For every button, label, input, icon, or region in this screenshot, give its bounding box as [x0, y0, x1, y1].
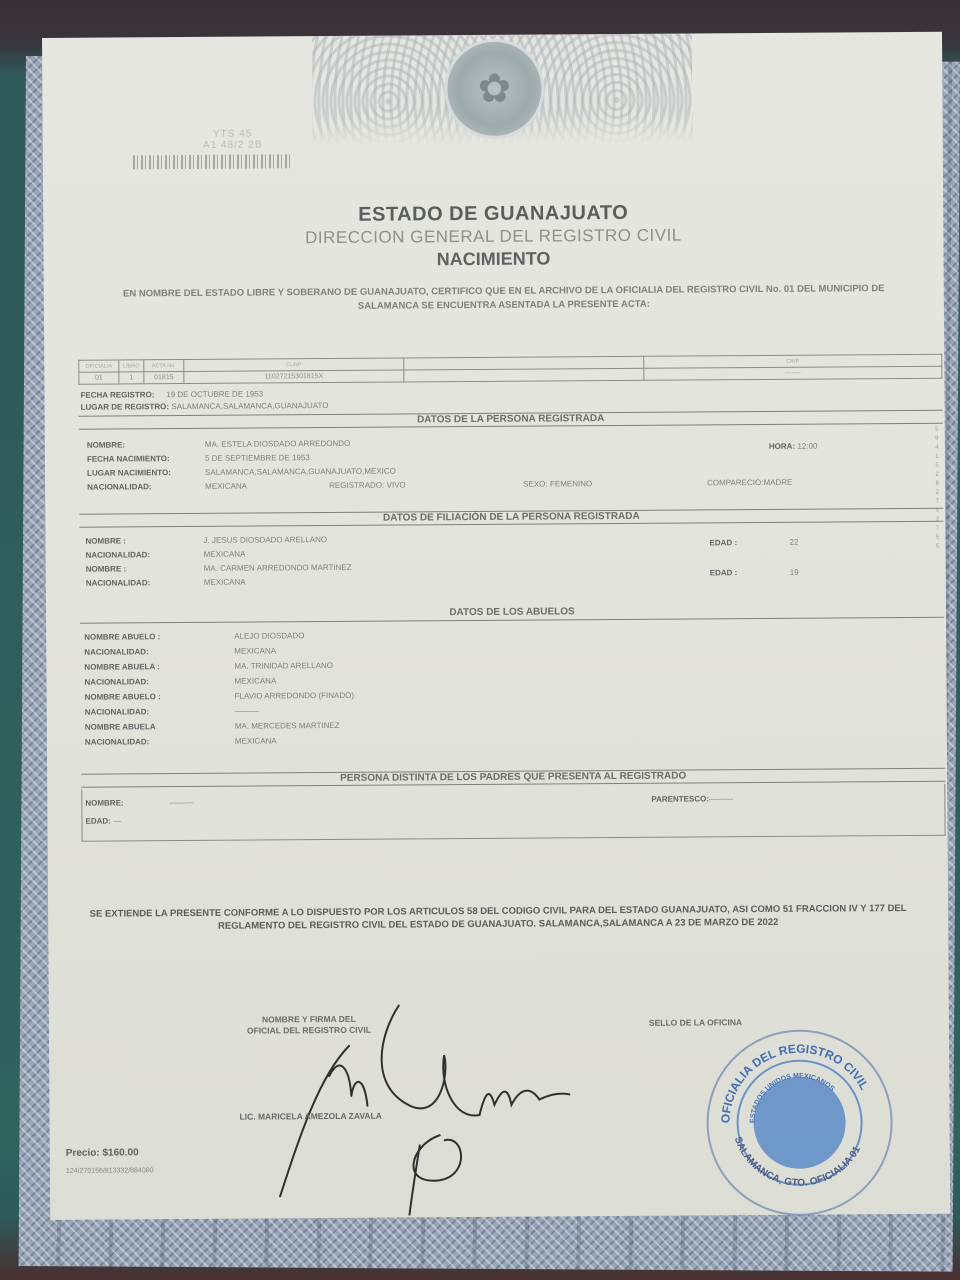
grandparent-value: ——— [235, 707, 259, 716]
side-number: 5 [933, 507, 941, 516]
value-crip: ------- [644, 366, 942, 380]
presenter-section: PERSONA DISTINTA DE LOS PADRES QUE PRESE… [81, 768, 945, 844]
parents-section: DATOS DE FILIACIÓN DE LA PERSONA REGISTR… [79, 508, 944, 602]
side-number: 5 [933, 426, 941, 435]
grandparents-section: DATOS DE LOS ABUELOS NOMBRE ABUELO :ALEJ… [80, 604, 945, 770]
folio-number: 124/270156/813332/884080 [66, 1167, 154, 1175]
father-nombre-label: NOMBRE : [85, 536, 203, 546]
nombre-label: NOMBRE: [87, 440, 205, 450]
birth-certificate: ✿ YTS 45 A1 48/2 2B ESTADO DE GUANAJUATO… [42, 32, 950, 1220]
nacionalidad-value: MEXICANA [205, 482, 247, 491]
side-control-numbers: 59415282752755 [933, 426, 942, 552]
father-nombre-value: J. JESUS DIOSDADO ARELLANO [203, 535, 327, 545]
person-section: DATOS DE LA PERSONA REGISTRADA NOMBRE:MA… [79, 410, 944, 504]
grandparent-row: NOMBRE ABUELA :MA. TRINIDAD ARELLANO [84, 660, 333, 672]
grandparent-label: NACIONALIDAD: [84, 647, 234, 657]
fecha-nacimiento-value: 5 DE SEPTIEMBRE DE 1953 [205, 453, 310, 463]
mother-nacionalidad-label: NACIONALIDAD: [86, 578, 204, 588]
side-number: 8 [933, 480, 941, 489]
fecha-registro-label: FECHA REGISTRO: [80, 390, 154, 400]
grandparent-value: FLAVIO ARREDONDO (FINADO) [235, 691, 354, 701]
hora-label: HORA: [769, 442, 795, 451]
grandparent-row: NACIONALIDAD:MEXICANA [85, 735, 277, 746]
value-blank [404, 368, 644, 382]
registration-info: FECHA REGISTRO: 19 DE OCTUBRE DE 1953 LU… [78, 384, 942, 390]
comparecio-label: COMPARECIO: [707, 478, 763, 487]
grandparent-label: NACIONALIDAD: [85, 737, 235, 747]
grandparent-row: NACIONALIDAD:MEXICANA [84, 645, 276, 656]
grandparent-value: MA. TRINIDAD ARELLANO [234, 661, 333, 671]
lugar-nacimiento-label: LUGAR NACIMIENTO: [87, 468, 205, 478]
nacionalidad-label: NACIONALIDAD: [87, 482, 205, 492]
mother-edad-value: 19 [790, 568, 799, 577]
coat-of-arms-icon: ✿ [444, 38, 545, 139]
registry-table: OFICIALIA LIBRO ACTA No. CURP CRIP 01 1 … [78, 354, 942, 385]
grandparent-label: NOMBRE ABUELO : [85, 692, 235, 702]
lugar-nacimiento-value: SALAMANCA,SALAMANCA,GUANAJUATO,MEXICO [205, 467, 396, 477]
intro-text: EN NOMBRE DEL ESTADO LIBRE Y SOBERANO DE… [94, 282, 914, 316]
reference-line: A1 48/2 2B [133, 139, 333, 151]
father-edad-label: EDAD : [710, 538, 790, 548]
registrado-value: VIVO [387, 480, 406, 489]
grandparent-row: NACIONALIDAD:MEXICANA [84, 675, 276, 686]
closing-text: SE EXTIENDE LA PRESENTE CONFORME A LO DI… [58, 902, 938, 934]
side-number: 7 [933, 498, 941, 507]
header-acta: ACTA No. [144, 360, 184, 372]
grandparent-label: NACIONALIDAD: [85, 707, 235, 717]
grandparent-value: MEXICANA [234, 676, 276, 685]
presenter-box [81, 784, 945, 842]
side-number: 5 [934, 543, 942, 552]
value-oficialia: 01 [79, 372, 119, 384]
comparecio-value: MADRE [763, 478, 792, 487]
side-number: 9 [933, 435, 941, 444]
nombre-value: MA. ESTELA DIOSDADO ARREDONDO [205, 439, 350, 449]
side-number: 1 [933, 453, 941, 462]
header-oficialia: OFICIALIA [79, 360, 119, 372]
grandparent-row: NOMBRE ABUELO :FLAVIO ARREDONDO (FINADO) [85, 690, 354, 702]
parents-section-title: DATOS DE FILIACIÓN DE LA PERSONA REGISTR… [79, 508, 943, 528]
mother-nacionalidad-value: MEXICANA [204, 578, 246, 587]
grandparent-value: MEXICANA [235, 736, 277, 745]
side-number: 4 [933, 444, 941, 453]
mother-edad-label: EDAD : [710, 568, 790, 578]
mother-nombre-label: NOMBRE : [86, 564, 204, 574]
value-acta: 01815 [144, 372, 184, 384]
header-libro: LIBRO [119, 360, 144, 372]
lugar-registro-label: LUGAR DE REGISTRO: [81, 402, 170, 412]
sexo-label: SEXO: [523, 479, 548, 488]
fecha-registro-value: 19 DE OCTUBRE DE 1953 [166, 389, 263, 399]
official-signature [239, 994, 601, 1217]
grandparent-row: NACIONALIDAD:——— [85, 706, 259, 717]
person-section-title: DATOS DE LA PERSONA REGISTRADA [79, 410, 943, 430]
price: Precio: $160.00 [66, 1147, 139, 1159]
fecha-nacimiento-label: FECHA NACIMIENTO: [87, 454, 205, 464]
officer-name: LIC. MARICELA AMEZOLA ZAVALA [240, 1111, 382, 1122]
mother-nombre-value: MA. CARMEN ARREDONDO MARTINEZ [204, 563, 352, 573]
father-nacionalidad-value: MEXICANA [204, 550, 246, 559]
sexo-value: FEMENINO [550, 479, 592, 488]
value-curp: 11027215301815X [184, 370, 404, 384]
father-edad-value: 22 [790, 538, 799, 547]
grandparent-label: NOMBRE ABUELA : [84, 662, 234, 672]
side-number: 2 [933, 516, 941, 525]
hora-value: 12:00 [797, 442, 817, 451]
office-seal-stamp: OFICIALIA DEL REGISTRO CIVIL ESTADOS UNI… [699, 1022, 900, 1223]
side-number: 5 [933, 534, 941, 543]
grandparent-row: NOMBRE ABUELO :ALEJO DIOSDADO [84, 630, 304, 642]
grandparent-label: NOMBRE ABUELA [85, 722, 235, 732]
reference-block: YTS 45 A1 48/2 2B [133, 128, 333, 169]
act-type-title: NACIMIENTO [43, 246, 943, 273]
side-number: 7 [933, 525, 941, 534]
grandparent-value: MA. MERCEDES MARTINEZ [235, 721, 340, 731]
lugar-registro-value: SALAMANCA,SALAMANCA,GUANAJUATO [171, 401, 328, 411]
grandparent-row: NOMBRE ABUELAMA. MERCEDES MARTINEZ [85, 720, 340, 732]
value-libro: 1 [119, 372, 144, 384]
crest-header: ✿ [312, 33, 693, 146]
side-number: 5 [933, 462, 941, 471]
grandparent-value: MEXICANA [234, 646, 276, 655]
father-nacionalidad-label: NACIONALIDAD: [86, 550, 204, 560]
grandparent-label: NACIONALIDAD: [84, 677, 234, 687]
registrado-label: REGISTRADO: [329, 481, 384, 490]
barcode-icon [133, 154, 293, 169]
side-number: 2 [933, 471, 941, 480]
grandparent-value: ALEJO DIOSDADO [234, 631, 304, 640]
grandparents-section-title: DATOS DE LOS ABUELOS [80, 604, 944, 624]
grandparent-label: NOMBRE ABUELO : [84, 632, 234, 642]
side-number: 2 [933, 489, 941, 498]
